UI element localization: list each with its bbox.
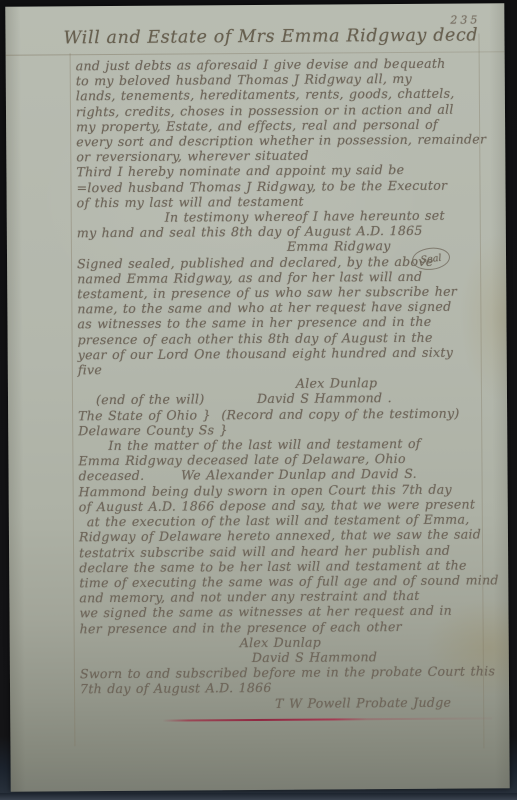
scanned-document-view: { "page": { "number": "235", "title": "W… bbox=[0, 0, 517, 800]
seal-label: Seal bbox=[420, 252, 442, 265]
page-title: Will and Estate of Mrs Emma Ridgway decd bbox=[63, 25, 478, 48]
manuscript-line: year of our Lord One thousand eight hund… bbox=[78, 344, 486, 362]
book-binding-edge bbox=[0, 793, 517, 800]
manuscript-line: T W Powell Probate Judge bbox=[80, 694, 488, 712]
manuscript-line: The State of Ohio } (Record and copy of … bbox=[78, 405, 486, 423]
manuscript-line: we signed the same as witnesses at her r… bbox=[79, 603, 487, 621]
manuscript-line: every sort and description whether in po… bbox=[76, 131, 484, 149]
manuscript-line: and just debts as aforesaid I give devis… bbox=[76, 55, 484, 73]
closing-red-underline bbox=[162, 717, 492, 721]
left-margin-line bbox=[70, 53, 76, 746]
manuscript-line: In testimony whereof I have hereunto set bbox=[77, 207, 485, 225]
manuscript-page: 235 Will and Estate of Mrs Emma Ridgway … bbox=[5, 3, 509, 791]
manuscript-body: and just debts as aforesaid I give devis… bbox=[76, 55, 489, 712]
manuscript-line: =loved husband Thomas J Ridgway, to be t… bbox=[76, 177, 484, 195]
manuscript-line: time of executing the same was of full a… bbox=[79, 572, 487, 590]
